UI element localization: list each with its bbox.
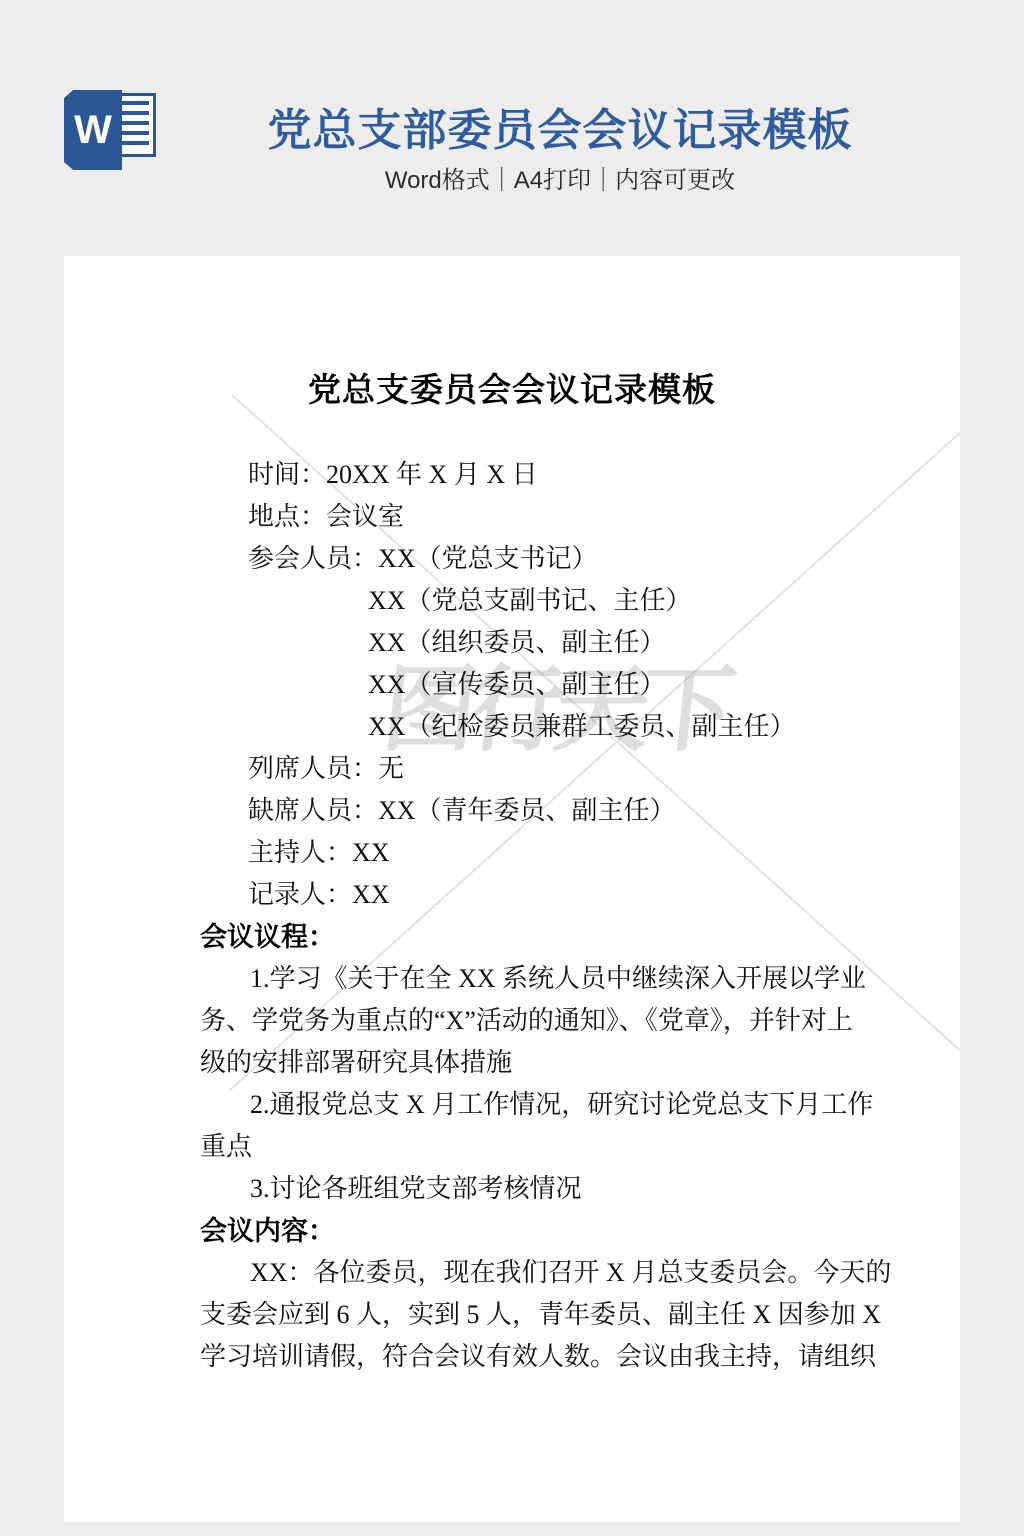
doc-line-speech-wrap: 支委会应到 6 人，实到 5 人，青年委员、副主任 X 因参加 X bbox=[200, 1294, 960, 1336]
document-body: 时间：20XX 年 X 月 X 日 地点：会议室 参会人员：XX（党总支书记） … bbox=[64, 454, 960, 1378]
doc-line-agenda-3: 3.讨论各班组党支部考核情况 bbox=[250, 1168, 960, 1210]
template-page-title: 党总支部委员会会议记录模板 bbox=[96, 94, 1024, 158]
doc-line-attendee: XX（党总支副书记、主任） bbox=[368, 580, 960, 622]
doc-line-agenda-1: 1.学习《关于在全 XX 系统人员中继续深入开展以学业 bbox=[250, 958, 960, 1000]
doc-line-attendee: XX（纪检委员兼群工委员、副主任） bbox=[368, 706, 960, 748]
doc-heading-agenda: 会议议程： bbox=[200, 916, 960, 958]
doc-line-agenda-1-wrap: 务、学党务为重点的“X”活动的通知》、《党章》，并针对上 bbox=[200, 1000, 960, 1042]
doc-line-speech-wrap: 学习培训请假，符合会议有效人数。会议由我主持，请组织 bbox=[200, 1336, 960, 1378]
template-format-subtitle: Word格式｜A4打印｜内容可更改 bbox=[96, 160, 1024, 195]
doc-line-speech: XX：各位委员，现在我们召开 X 月总支委员会。今天的 bbox=[250, 1252, 960, 1294]
doc-line-attendee: XX（组织委员、副主任） bbox=[368, 622, 960, 664]
doc-line-host: 主持人：XX bbox=[248, 832, 960, 874]
doc-line-observers: 列席人员：无 bbox=[248, 748, 960, 790]
document-page: 图行天下 党总支委员会会议记录模板 时间：20XX 年 X 月 X 日 地点：会… bbox=[64, 256, 960, 1522]
document-title: 党总支委员会会议记录模板 bbox=[64, 364, 960, 411]
doc-line-agenda-2: 2.通报党总支 X 月工作情况，研究讨论党总支下月工作 bbox=[250, 1084, 960, 1126]
doc-line-place: 地点：会议室 bbox=[248, 496, 960, 538]
doc-heading-content: 会议内容： bbox=[200, 1210, 960, 1252]
site-header: W 党总支部委员会会议记录模板 Word格式｜A4打印｜内容可更改 bbox=[0, 0, 1024, 256]
doc-line-absentees: 缺席人员：XX（青年委员、副主任） bbox=[248, 790, 960, 832]
doc-line-agenda-2-wrap: 重点 bbox=[200, 1126, 960, 1168]
doc-line-attendee: XX（宣传委员、副主任） bbox=[368, 664, 960, 706]
doc-line-time: 时间：20XX 年 X 月 X 日 bbox=[248, 454, 960, 496]
doc-line-attendees: 参会人员：XX（党总支书记） bbox=[248, 538, 960, 580]
doc-line-recorder: 记录人：XX bbox=[248, 874, 960, 916]
doc-line-agenda-1-wrap: 级的安排部署研究具体措施 bbox=[200, 1042, 960, 1084]
